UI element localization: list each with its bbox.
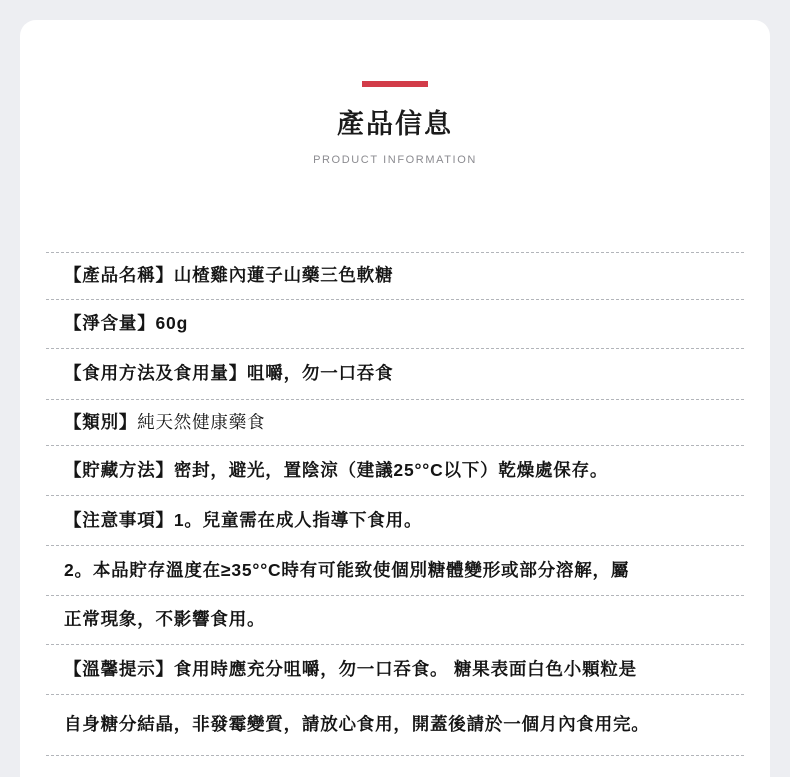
info-row-value: 正常現象，不影響食用。 — [64, 609, 265, 631]
info-row-value: 咀嚼，勿一口吞食 — [247, 363, 393, 385]
info-row-tips: 【溫馨提示】食用時應充分咀嚼，勿一口吞食。 糖果表面白色小顆粒是 — [46, 645, 744, 695]
info-row-net-weight: 【淨含量】60g — [46, 300, 744, 349]
info-row-label: 【溫馨提示】 — [64, 659, 174, 681]
info-row-tips-line2: 自身糖分結晶，非發霉變質，請放心食用，開蓋後請於一個月內食用完。 — [46, 695, 744, 756]
info-row-product-name: 【產品名稱】山楂雞內蓮子山藥三色軟糖 — [46, 253, 744, 300]
section-header: 產品信息 PRODUCT INFORMATION — [20, 20, 770, 166]
info-row-value: 密封，避光，置陰涼（建議25°°C以下）乾燥處保存。 — [174, 460, 608, 482]
page-title: 產品信息 — [20, 102, 770, 141]
info-row-label: 【貯藏方法】 — [64, 460, 174, 482]
info-row-label: 【注意事項】 — [64, 510, 174, 532]
product-info-card: 產品信息 PRODUCT INFORMATION 【產品名稱】山楂雞內蓮子山藥三… — [20, 20, 770, 777]
info-row-value: 純天然健康藥食 — [137, 412, 265, 434]
info-row-label: 【類別】 — [64, 412, 137, 434]
info-row-value: 自身糖分結晶，非發霉變質，請放心食用，開蓋後請於一個月內食用完。 — [64, 714, 650, 736]
info-row-value: 食用時應充分咀嚼，勿一口吞食。 糖果表面白色小顆粒是 — [174, 659, 637, 681]
info-row-category: 【類別】純天然健康藥食 — [46, 400, 744, 446]
info-row-label: 【產品名稱】 — [64, 265, 174, 287]
product-info-list: 【產品名稱】山楂雞內蓮子山藥三色軟糖 【淨含量】60g 【食用方法及食用量】咀嚼… — [46, 252, 744, 756]
info-row-value: 山楂雞內蓮子山藥三色軟糖 — [174, 265, 394, 287]
info-row-usage: 【食用方法及食用量】咀嚼，勿一口吞食 — [46, 349, 744, 400]
info-row-value: 2。本品貯存溫度在≥35°°C時有可能致使個別糖體變形或部分溶解，屬 — [64, 560, 629, 582]
page-subtitle: PRODUCT INFORMATION — [20, 154, 770, 166]
info-row-label: 【淨含量】 — [64, 313, 156, 335]
info-row-caution-line3: 正常現象，不影響食用。 — [46, 596, 744, 645]
info-row-caution: 【注意事項】1。兒童需在成人指導下食用。 — [46, 496, 744, 546]
info-row-caution-line2: 2。本品貯存溫度在≥35°°C時有可能致使個別糖體變形或部分溶解，屬 — [46, 546, 744, 596]
accent-bar — [362, 81, 428, 87]
info-row-storage: 【貯藏方法】密封，避光，置陰涼（建議25°°C以下）乾燥處保存。 — [46, 446, 744, 496]
info-row-value: 1。兒童需在成人指導下食用。 — [174, 510, 422, 532]
info-row-label: 【食用方法及食用量】 — [64, 363, 247, 385]
info-row-value: 60g — [156, 313, 189, 335]
